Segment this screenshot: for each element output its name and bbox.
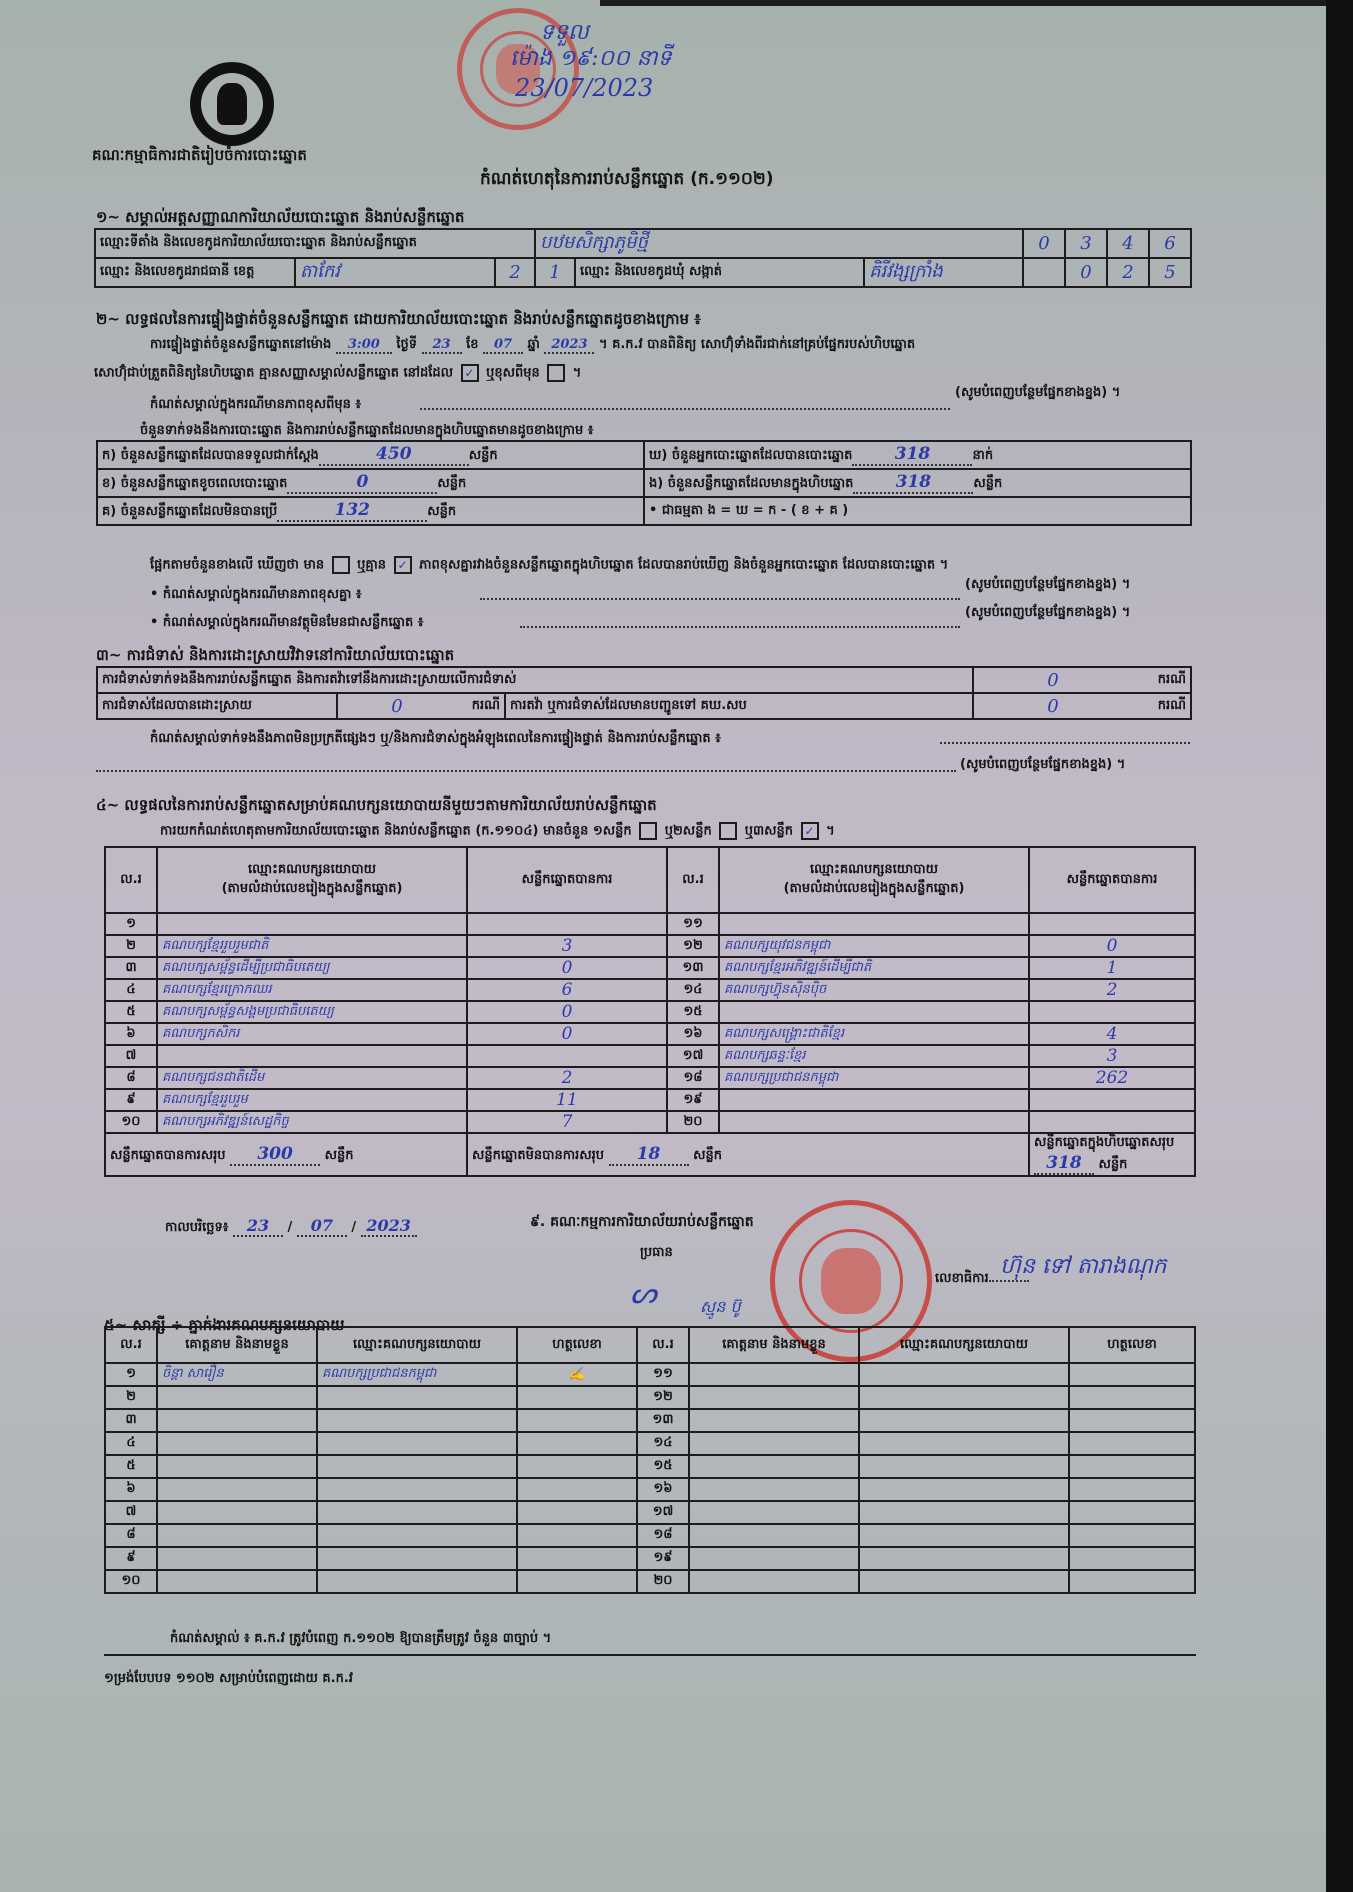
witness-party [317, 1455, 517, 1478]
witness-party [317, 1524, 517, 1547]
party-votes: 11 [467, 1089, 667, 1111]
section4-title: ៤~ លទ្ធផលនៃការរាប់សន្លឹកឆ្នោតសម្រាប់គណបក… [96, 796, 657, 818]
party-row: ១១១ [105, 913, 1195, 935]
party-votes: 1 [1029, 957, 1195, 979]
seal-note-hint: (សូមបំពេញបន្ថែមផ្នែកខាងខ្នង) ។ [955, 384, 1120, 403]
count-year: 2023 [544, 337, 594, 354]
party-name [157, 913, 467, 935]
party-name: គណបក្សយុវជនកម្ពុជា [719, 935, 1029, 957]
province-code-1: 2 [495, 258, 535, 287]
witness-signature [517, 1524, 637, 1547]
party-name: គណបក្សប្រជាជនកម្ពុជា [719, 1067, 1029, 1089]
commune-code-2: 2 [1107, 258, 1149, 287]
witness-signature [517, 1478, 637, 1501]
total-invalid: សន្លឹកឆ្នោតមិនបានការសរុប 18 សន្លឹក [467, 1133, 1029, 1176]
witness-row: ៦១៦ [105, 1478, 1195, 1501]
party-row: ៥គណបក្សសម្ព័ន្ធសង្គមប្រជាធិបតេយ្យ0១៥ [105, 1001, 1195, 1023]
sheets-2-checkbox[interactable] [719, 822, 737, 840]
ballot-counts-table: ក) ចំនួនសន្លឹកឆ្នោតដែលបានទទួលជាក់ស្តែង45… [96, 440, 1192, 526]
chairman-label: ប្រធាន [640, 1244, 673, 1263]
witness-row: ១ចិន្តា សារឿនគណបក្សប្រជាជនកម្ពុជា✍១១ [105, 1363, 1195, 1386]
result-date-row: កាលបរិច្ឆេទ៖ 23 / 07 / 2023 [165, 1216, 417, 1238]
province-code-2: 1 [535, 258, 575, 287]
witness-party [317, 1501, 517, 1524]
discrepancy-note-field[interactable] [480, 598, 960, 600]
station-code-2: 3 [1065, 229, 1107, 258]
section1-title: ១~ សម្គាល់អត្តសញ្ញាណការិយាល័យបោះឆ្នោត និ… [96, 208, 464, 230]
count-day: 23 [422, 337, 462, 354]
witness-party: គណបក្សប្រជាជនកម្ពុជា [317, 1363, 517, 1386]
witness-row: ៨១៨ [105, 1524, 1195, 1547]
party-row: ១០គណបក្សអភិវឌ្ឍន៍សេដ្ឋកិច្ច7២០ [105, 1111, 1195, 1133]
witness-signature [517, 1547, 637, 1570]
seal-note-label: កំណត់សម្គាល់ក្នុងករណីមានភាពខុសពីមុន ៖ [150, 396, 361, 415]
party-name: គណបក្សខ្មែររួបរួមជាតិ [157, 935, 467, 957]
witness-name [157, 1478, 317, 1501]
count-row: គ) ចំនួនសន្លឹកឆ្នោតដែលមិនបានប្រើ132សន្លឹ… [97, 497, 1191, 525]
result-date-month: 07 [297, 1216, 347, 1237]
party-votes [467, 1045, 667, 1067]
witness-name [157, 1432, 317, 1455]
count-time-row: ការផ្ទៀងផ្ទាត់ចំនួនសន្លឹកឆ្នោតនៅម៉ោង 3:0… [150, 336, 915, 355]
result-date-day: 23 [233, 1216, 283, 1237]
counts-intro: ចំនួនទាក់ទងនឹងការបោះឆ្នោត និងការរាប់សន្ល… [140, 422, 593, 441]
party-name: គណបក្សខ្មែរអភិវឌ្ឍន៍ដើម្បីជាតិ [719, 957, 1029, 979]
witness-name [157, 1386, 317, 1409]
received-note-date: 23/07/2023 [515, 74, 653, 102]
witness-party [317, 1409, 517, 1432]
witness-name: ចិន្តា សារឿន [157, 1363, 317, 1386]
party-votes: 2 [1029, 979, 1195, 1001]
commune-code-1: 0 [1065, 258, 1107, 287]
party-name: គណបក្សខ្មែររួបរួម [157, 1089, 467, 1111]
bottom-note: ១ម្រង់បែបបទ ១១០២ សម្រាប់បំពេញដោយ គ.ក.វ [104, 1670, 353, 1689]
section3-note-label: កំណត់សម្គាល់ទាក់ទងនឹងភាពមិនប្រក្រតីផ្សេង… [150, 730, 721, 749]
seal-intact-checkbox[interactable]: ✓ [461, 364, 479, 382]
party-name: គណបក្សសង្គ្រោះជាតិខ្មែរ [719, 1023, 1029, 1045]
party-votes: 4 [1029, 1023, 1195, 1045]
count-row: ខ) ចំនួនសន្លឹកឆ្នោតខូចពេលបោះឆ្នោត0សន្លឹក… [97, 469, 1191, 497]
chairman-signature: ᔕ [630, 1276, 657, 1311]
party-name: គណបក្សហ៊្វុនស៊ិនប៉ិច [719, 979, 1029, 1001]
witness-signature [517, 1501, 637, 1524]
foreign-object-note-field[interactable] [520, 626, 960, 628]
witness-signature [517, 1455, 637, 1478]
seal-row: សោហ៊ុំជាប់ត្រួតពិនិត្យនៃហិបឆ្នោត គ្មានសញ… [94, 364, 581, 384]
party-votes [467, 913, 667, 935]
footnote: កំណត់សម្គាល់ ៖ គ.ក.វ ត្រូវបំពេញ ក.១១០២ ឱ… [170, 1630, 551, 1649]
station-label: ឈ្មោះទីតាំង និងលេខកូដការិយាល័យបោះឆ្នោត ន… [95, 229, 535, 258]
count-time: 3:00 [336, 337, 392, 354]
form-title: កំណត់ហេតុនៃការរាប់សន្លឹកឆ្នោត (ក.១១០២) [480, 168, 774, 193]
station-value: បឋមសិក្សាភូមិថ្មី [535, 229, 1023, 258]
count-month: 07 [483, 337, 523, 354]
discrepancy-row: ផ្អែកតាមចំនួនខាងលើ ឃើញថា មាន ឬគ្មាន ✓ ភា… [150, 556, 948, 576]
committee-title: ៩. គណៈកម្មការការិយាល័យរាប់សន្លឹកឆ្នោត [530, 1212, 754, 1233]
discrepancy-none-checkbox[interactable]: ✓ [394, 556, 412, 574]
station-code-4: 6 [1149, 229, 1191, 258]
party-name [719, 1089, 1029, 1111]
witness-party [317, 1547, 517, 1570]
bullet-foreign-object-note: • កំណត់សម្គាល់ក្នុងករណីមានវត្ថុមិនមែនជាស… [150, 614, 424, 633]
chairman-name: ស្មូន ប៊ូ [700, 1296, 741, 1320]
party-name [719, 1001, 1029, 1023]
party-row: ៤គណបក្សខ្មែរក្រោកឈរ6១៤គណបក្សហ៊្វុនស៊ិនប៉… [105, 979, 1195, 1001]
witness-row: ៥១៥ [105, 1455, 1195, 1478]
party-name [719, 913, 1029, 935]
witness-name [157, 1570, 317, 1593]
party-votes: 0 [467, 1023, 667, 1045]
party-name: គណបក្សខ្មែរក្រោកឈរ [157, 979, 467, 1001]
section2-title: ២~ លទ្ធផលនៃការផ្ទៀងផ្ទាត់ចំនួនសន្លឹកឆ្នោ… [96, 310, 701, 332]
party-row: ៩គណបក្សខ្មែររួបរួម11១៩ [105, 1089, 1195, 1111]
party-votes [1029, 1001, 1195, 1023]
total-valid: សន្លឹកឆ្នោតបានការសរុប 300 សន្លឹក [105, 1133, 467, 1176]
resolved-label: ការជំទាស់ដែលបានដោះស្រាយ [97, 693, 337, 719]
party-name: គណបក្សអភិវឌ្ឍន៍សេដ្ឋកិច្ច [157, 1111, 467, 1133]
witness-signature [517, 1570, 637, 1593]
station-code-1: 0 [1023, 229, 1065, 258]
party-votes [1029, 913, 1195, 935]
party-votes: 3 [1029, 1045, 1195, 1067]
party-name: គណបក្សកសិករ [157, 1023, 467, 1045]
section3-title: ៣~ ការជំទាស់ និងការដោះស្រាយវិវាទនៅការិយា… [96, 646, 454, 668]
witness-name [157, 1455, 317, 1478]
witness-row: ១០២០ [105, 1570, 1195, 1593]
party-votes [1029, 1089, 1195, 1111]
party-votes [1029, 1111, 1195, 1133]
resolved-value: 0 [337, 693, 456, 719]
witness-signature: ✍ [517, 1363, 637, 1386]
count-row: ក) ចំនួនសន្លឹកឆ្នោតដែលបានទទួលជាក់ស្តែង45… [97, 441, 1191, 469]
witness-name [157, 1409, 317, 1432]
scan-edge [600, 0, 1326, 6]
witness-signature [517, 1409, 637, 1432]
sheets-1-checkbox[interactable] [639, 822, 657, 840]
station-identity-table: ឈ្មោះទីតាំង និងលេខកូដការិយាល័យបោះឆ្នោត ន… [94, 228, 1192, 288]
total-in-box: សន្លឹកឆ្នោតក្នុងហិបឆ្នោតសរុប 318 សន្លឹក [1029, 1133, 1195, 1176]
party-name: គណបក្សសម្ព័ន្ធដើម្បីប្រជាធិបតេយ្យ [157, 957, 467, 979]
province-label: ឈ្មោះ និងលេខកូដរាជធានី ខេត្ត [95, 258, 295, 287]
province-value: តាកែវ [295, 258, 495, 287]
commune-code-3: 5 [1149, 258, 1191, 287]
station-code-3: 4 [1107, 229, 1149, 258]
witness-row: ៤១៤ [105, 1432, 1195, 1455]
divider [104, 1654, 1196, 1656]
party-name: គណបក្សជនជាតិដើម [157, 1067, 467, 1089]
secretary-signature: ហ៊ុន ទៅ តារាងណុក [1000, 1252, 1167, 1284]
form-page: គណៈកម្មាធិការជាតិរៀបចំការបោះឆ្នោត ទទួល ម… [0, 0, 1326, 1892]
appeal-value: 0 [973, 693, 1132, 719]
party-votes: 7 [467, 1111, 667, 1133]
witness-name [157, 1524, 317, 1547]
party-results-table: ល.រ ឈ្មោះគណបក្សនយោបាយ(តាមលំដាប់លេខរៀងក្ន… [104, 846, 1196, 1177]
party-name [157, 1045, 467, 1067]
sheets-3-checkbox[interactable]: ✓ [801, 822, 819, 840]
witness-row: ៣១៣ [105, 1409, 1195, 1432]
party-votes: 0 [467, 1001, 667, 1023]
party-row: ៨គណបក្សជនជាតិដើម2១៨គណបក្សប្រជាជនកម្ពុជា2… [105, 1067, 1195, 1089]
received-note-line2: ម៉ោង ១៩:០០ នាទី [510, 44, 672, 76]
party-name: គណបក្សសម្ព័ន្ធសង្គមប្រជាធិបតេយ្យ [157, 1001, 467, 1023]
complaint-value: 0 [973, 667, 1132, 693]
commune-label: ឈ្មោះ និងលេខកូដឃុំ សង្កាត់ [575, 258, 864, 287]
party-row: ២គណបក្សខ្មែររួបរួមជាតិ3១២គណបក្សយុវជនកម្ព… [105, 935, 1195, 957]
section3-note-field[interactable] [940, 742, 1190, 744]
witness-row: ៩១៩ [105, 1547, 1195, 1570]
witness-table: ល.រ គោត្តនាម និងនាមខ្លួន ឈ្មោះគណបក្សនយោប… [104, 1326, 1196, 1594]
party-votes: 2 [467, 1067, 667, 1089]
party-votes: 3 [467, 935, 667, 957]
commune-value: គិរីវង្សក្រាំង [864, 258, 1023, 287]
complaint-label: ការជំទាស់ទាក់ទងនឹងការរាប់សន្លឹកឆ្នោត និង… [97, 667, 973, 693]
appeal-label: ការតវ៉ា ឬការជំទាស់ដែលមានបញ្ជូនទៅ គឃ.សប [505, 693, 973, 719]
witness-party [317, 1386, 517, 1409]
section4-intro-row: ការយកកំណត់ហេតុតាមការិយាល័យបោះឆ្នោត និងរា… [160, 822, 835, 842]
party-row: ៧១៧គណបក្សឆន្ទៈខ្មែរ3 [105, 1045, 1195, 1067]
witness-signature [517, 1386, 637, 1409]
complaints-table: ការជំទាស់ទាក់ទងនឹងការរាប់សន្លឹកឆ្នោត និង… [96, 666, 1192, 720]
party-votes: 0 [467, 957, 667, 979]
org-name: គណៈកម្មាធិការជាតិរៀបចំការបោះឆ្នោត [92, 146, 307, 168]
party-votes: 262 [1029, 1067, 1195, 1089]
party-row: ៣គណបក្សសម្ព័ន្ធដើម្បីប្រជាធិបតេយ្យ0១៣គណប… [105, 957, 1195, 979]
seal-note-field[interactable] [420, 408, 950, 410]
party-row: ៦គណបក្សកសិករ0១៦គណបក្សសង្គ្រោះជាតិខ្មែរ4 [105, 1023, 1195, 1045]
witness-party [317, 1432, 517, 1455]
party-votes: 0 [1029, 935, 1195, 957]
party-votes: 6 [467, 979, 667, 1001]
nec-logo-icon [190, 62, 274, 146]
bullet-discrepancy-note: • កំណត់សម្គាល់ក្នុងករណីមានភាពខុសគ្នា ៖ [150, 586, 362, 605]
party-name: គណបក្សឆន្ទៈខ្មែរ [719, 1045, 1029, 1067]
witness-name [157, 1501, 317, 1524]
party-name [719, 1111, 1029, 1133]
seal-broken-checkbox[interactable] [547, 364, 565, 382]
discrepancy-has-checkbox[interactable] [332, 556, 350, 574]
witness-signature [517, 1432, 637, 1455]
result-date-year: 2023 [361, 1216, 417, 1237]
witness-party [317, 1570, 517, 1593]
witness-row: ៧១៧ [105, 1501, 1195, 1524]
witness-name [157, 1547, 317, 1570]
witness-party [317, 1478, 517, 1501]
witness-row: ២១២ [105, 1386, 1195, 1409]
